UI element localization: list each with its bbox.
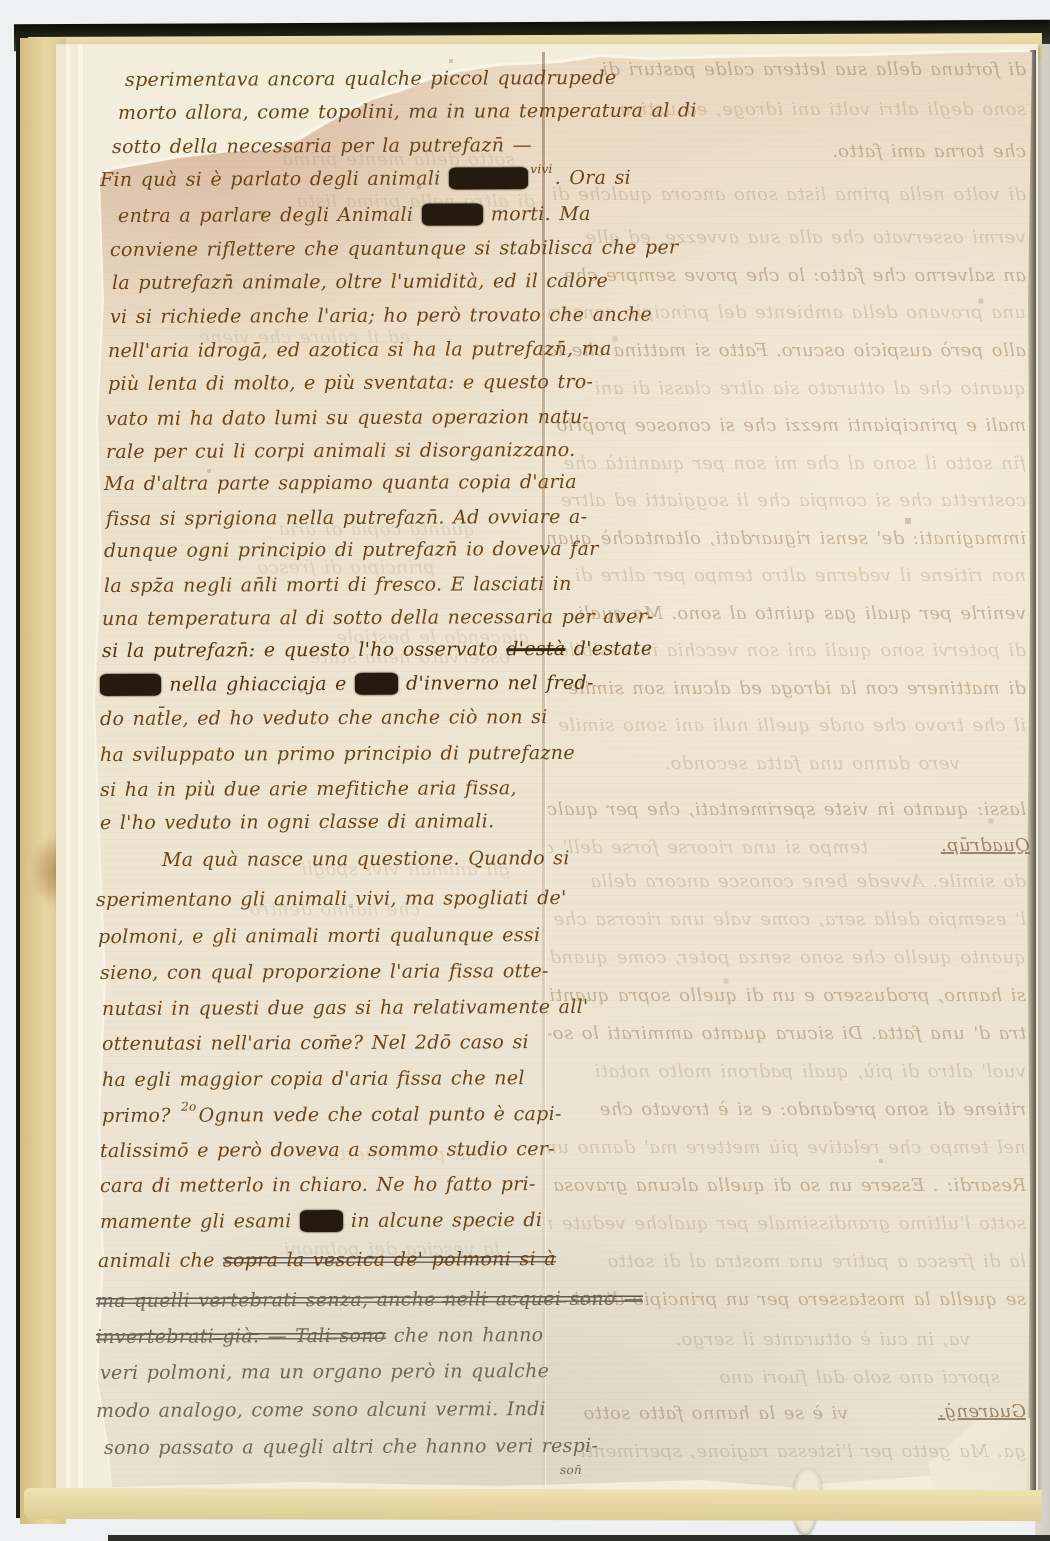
bleedthrough-line: costretta che si compia che li soggiatti… <box>548 491 1026 511</box>
bleedthrough-line: non ritiene il vederne altro tempo per a… <box>548 566 1026 586</box>
text-segment: Ognun vede che cotal punto è capi- <box>199 1103 562 1127</box>
manuscript-line: si la putrefazn̄: e questo l'ho osservat… <box>102 639 652 663</box>
manuscript-line: invertebrati già. — Tali sono che non ha… <box>96 1325 543 1349</box>
manuscript-line: e l'ho veduto in ogni classe di animali. <box>100 811 494 835</box>
manuscript-line: veri polmoni, ma un organo però in qualc… <box>100 1361 549 1385</box>
manuscript-line: do nat̄le, ed ho veduto che anche ciò no… <box>100 707 548 731</box>
text-segment: si la putrefazn̄: e questo l'ho osservat… <box>102 638 506 662</box>
text-segment: nella ghiacciaja e <box>161 673 355 696</box>
text-segment: mm <box>300 1210 343 1232</box>
scanned-manuscript-page: di fortuna della sua lettera calde pastu… <box>0 0 1050 1541</box>
text-segment: ma quelli vertebrati senza, anche nelli … <box>96 1288 643 1312</box>
manuscript-line: ha egli maggior copia d'aria fissa che n… <box>102 1068 525 1092</box>
manuscript-line: una temperatura al di sotto della necess… <box>102 607 654 631</box>
bleedthrough-line: ritiene di sono predando: e si è trovato… <box>548 1100 1026 1120</box>
bleedthrough-line: Quadrūp. <box>880 836 1030 856</box>
manuscript-line: sperimentava ancora qualche piccol quadr… <box>125 68 617 92</box>
bleedthrough-line: che torna ami fatto. <box>730 142 1026 162</box>
manuscript-line: primo? 2oOgnun vede che cotal punto è ca… <box>102 1104 562 1128</box>
bleedthrough-line: si hanno, produssero e un di quello sopr… <box>548 986 1026 1006</box>
bleedthrough-line: Resardi: . Essere un so di quella alcuna… <box>548 1176 1026 1196</box>
manuscript-line: vi si richiede anche l'aria; ho però tro… <box>110 305 652 329</box>
bleedthrough-line: nel tempo che relative più mettere ma' d… <box>548 1138 1026 1158</box>
bleedthrough-line: il che trovo che onde quelli nuli ani so… <box>548 716 1026 736</box>
manuscript-line: si ha in più due arie mefitiche aria fis… <box>100 778 517 802</box>
text-segment: mmm <box>422 203 483 225</box>
book-cover-dark-edge-bottom <box>108 1535 1050 1541</box>
text-segment: Fin quà si è parlato degli animali <box>100 167 449 191</box>
manuscript-line: animali che sopra la vescica de' polmoni… <box>98 1249 556 1273</box>
manuscript-line: Ma quà nasce una questione. Quando si <box>162 848 570 872</box>
manuscript-line: polmoni, e gli animali morti qualunque e… <box>98 925 540 949</box>
text-segment: mamente gli esami <box>100 1210 300 1233</box>
manuscript-line: morto allora, come topolini, ma in una t… <box>118 100 697 124</box>
manuscript-line: mmm nella ghiacciaja e mm d'inverno nel … <box>100 673 594 697</box>
text-segment: entra a parlare degli Animali <box>118 204 422 227</box>
manuscript-line: modo analogo, come sono alcuni vermi. In… <box>96 1399 546 1423</box>
text-segment: sopra la vescica de' polmoni si à <box>223 1248 556 1271</box>
bleedthrough-line: immaginati: de' sensi riguardati, oltant… <box>548 529 1026 549</box>
book-cover-bottom <box>24 1488 1042 1521</box>
text-segment: mm <box>355 673 398 695</box>
manuscript-line: cara di metterlo in chiaro. Ne ho fatto … <box>100 1174 536 1198</box>
bleedthrough-line: an salverno che fatto: lo che prove semp… <box>548 266 1026 286</box>
bleedthrough-line: di fortuna della sua lettera calde pastu… <box>548 60 1026 80</box>
manuscript-line: vato mi ha dato lumi su questa operazion… <box>106 407 589 431</box>
text-segment: primo? <box>102 1105 179 1127</box>
bleedthrough-line: di mattinere con la idroga ed alcuni son… <box>548 679 1026 699</box>
bleedthrough-line: fin sotto il sono al che mi son per quan… <box>548 454 1026 474</box>
bleedthrough-line: vuol' altro di più, quali padroni molto … <box>548 1062 1026 1082</box>
bleedthrough-line: allo però auspicio oscuro. Fatto si matt… <box>548 341 1026 361</box>
text-segment: morti. Ma <box>483 203 591 225</box>
bleedthrough-line: tempo si una ricorse forse dell' acque: <box>548 838 868 858</box>
manuscript-line: sperimentano gli animali vivi, ma spogli… <box>96 888 567 912</box>
manuscript-line: nell'aria idrogā, ed azotica si ha la p… <box>108 339 612 363</box>
text-segment: mmm <box>100 674 161 696</box>
text-segment: invertebrati già. — Tali sono <box>96 1325 386 1348</box>
manuscript-line: fissa si sprigiona nella putrefazn̄. Ad … <box>106 507 587 531</box>
manuscript-line: sieno, con qual proporzione l'aria fissa… <box>100 961 549 985</box>
bleedthrough-line: lassi: quanto in viste sperimentati, che… <box>548 800 1026 820</box>
text-segment: d'està <box>506 638 565 660</box>
manuscript-line: conviene riflettere che quantunque si st… <box>110 238 678 262</box>
bleedthrough-line: quanto quello che sono senza poter, come… <box>548 948 1026 968</box>
bleedthrough-line: Guarenġ. <box>860 1402 1026 1422</box>
text-segment: mmmm <box>449 167 528 189</box>
bleedthrough-line: sporci ano solo dal fuori ano <box>700 1368 1000 1388</box>
text-segment: che non hanno <box>385 1324 543 1347</box>
manuscript-line: ottenutasi nell'aria com̄e? Nel 2dō cas… <box>102 1032 529 1056</box>
manuscript-line: talissimō e però doveva a sommo studio … <box>100 1139 555 1163</box>
bleedthrough-line: vero danno una fatta secondo. <box>620 754 960 774</box>
text-segment: d'inverno nel fred- <box>398 672 594 695</box>
manuscript-line: son̄ <box>560 1464 582 1478</box>
manuscript-line: sono passato a quegli altri che hanno ve… <box>104 1436 598 1460</box>
manuscript-line: dunque ogni principio di putrefazn̄ io d… <box>104 539 599 563</box>
bleedthrough-line: la di fresca a patire una mostra al di s… <box>548 1252 1026 1272</box>
bleedthrough-line: mali e principianti mezzi che si conosce… <box>548 416 1026 436</box>
text-segment: vivi <box>530 162 552 176</box>
manuscript-line: ha sviluppato un primo principio di putr… <box>100 743 575 767</box>
manuscript-line: sotto della necessaria per la putrefazn̄… <box>112 135 532 159</box>
bleedthrough-line: ga. Ma getto per l'istessa ragione, sper… <box>548 1442 1026 1462</box>
bleedthrough-line: va, in cui è otturante il sergo. <box>640 1330 970 1350</box>
manuscript-line: la putrefazn̄ animale, oltre l'umidità, … <box>112 271 608 295</box>
bleedthrough-line: quanto che al otturato sia altre classi … <box>548 379 1026 399</box>
bleedthrough-line: tra d' una fatta. Di sicura quanto ammir… <box>548 1024 1026 1044</box>
manuscript-line: entra a parlare degli Animali mmm morti.… <box>118 204 591 228</box>
manuscript-line: la spz̄a negli an̄li morti di fresco. E … <box>104 574 572 598</box>
manuscript-line: mamente gli esami mm in alcune specie di <box>100 1210 542 1234</box>
manuscript-line: ma quelli vertebrati senza, anche nelli … <box>96 1289 643 1313</box>
bleedthrough-line: l' esempio della sera, come vale una ric… <box>548 910 1026 930</box>
text-segment: d'estate <box>565 638 652 660</box>
paper-speckles <box>0 0 2 2</box>
text-segment: in alcune specie di <box>343 1209 543 1232</box>
manuscript-line: nutasi in questi due gas si ha relativam… <box>102 997 589 1021</box>
manuscript-line: più lenta di molto, e più sventata: e qu… <box>108 372 593 396</box>
bleedthrough-line: do simile. Avvede bene conosce ancora de… <box>548 872 1026 892</box>
manuscript-line: rale per cui li corpi animali si disorga… <box>106 440 576 464</box>
text-segment: . Ora si <box>555 167 631 189</box>
manuscript-line: Fin quà si è parlato degli animali mmmmv… <box>100 168 631 192</box>
manuscript-line: Ma d'altra parte sappiamo quanta copia d… <box>104 472 577 496</box>
bleedthrough-line: vi è se la hanno fatto sotto <box>548 1404 848 1424</box>
center-fold-crease <box>542 52 545 1488</box>
bleedthrough-line: sotto l'ultimo grandissimale per qualche… <box>548 1214 1026 1234</box>
text-segment: 2o <box>181 1100 197 1114</box>
text-segment: animali che <box>98 1249 223 1272</box>
